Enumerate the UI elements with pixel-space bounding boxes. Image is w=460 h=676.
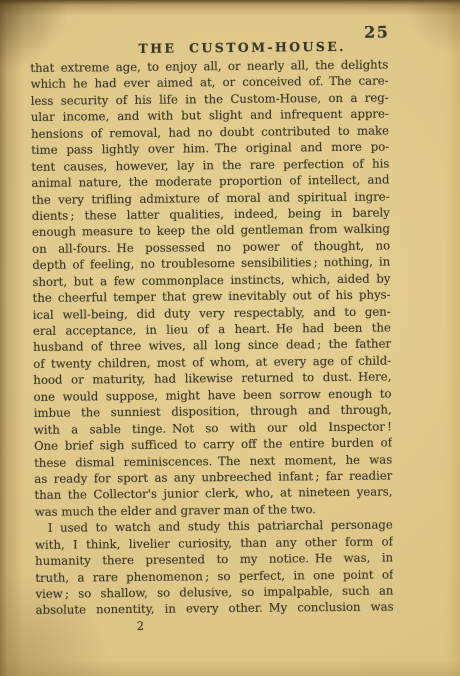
text-line: absolute nonentity, in every other. My c… <box>36 599 394 619</box>
book-page: 25 THE CUSTOM-HOUSE. that extreme age, t… <box>0 0 460 676</box>
page-content: 25 THE CUSTOM-HOUSE. that extreme age, t… <box>0 0 460 676</box>
running-head: THE CUSTOM-HOUSE. <box>30 38 454 57</box>
text-block: that extreme age, to enjoy all, or nearl… <box>30 56 394 635</box>
text-line: than the Collector's junior clerk, who, … <box>34 484 392 504</box>
signature-mark: 2 <box>36 615 394 635</box>
